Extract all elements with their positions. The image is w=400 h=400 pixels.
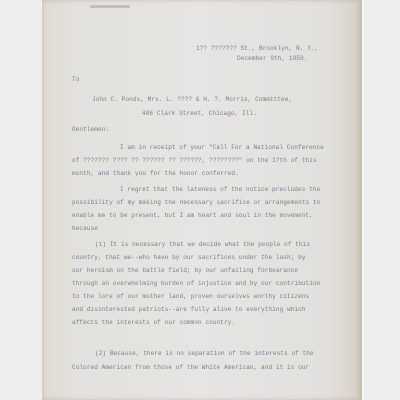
para3-line4: through an overwhelming burden of injust… xyxy=(72,280,320,287)
recipients-address: 406 Clark Street, Chicago, Ill. xyxy=(142,110,257,117)
sender-address: 1?? ??????? St., Brooklyn, N. Y., xyxy=(196,45,318,52)
para1-line2: of ??????? ???? ?? ?????? ?? ??????, ???… xyxy=(72,157,317,164)
para3-line1: (1) It is necessary that we decide what … xyxy=(95,241,310,248)
para3-line7: affects the interests of our common coun… xyxy=(72,319,235,326)
page-edge xyxy=(362,0,364,400)
letter-date: December 9th, 1959. xyxy=(237,55,307,62)
para3-line5: to the lore of our mother land, proven o… xyxy=(72,293,309,300)
para1-line3: month, and thank you for the honor confe… xyxy=(72,170,239,177)
para4-line2: Colored American from those of the White… xyxy=(72,364,309,371)
stain-mark xyxy=(90,5,130,8)
para1-line1: I am in receipt of your "Call For a Nati… xyxy=(120,144,324,151)
para3-line6: and disinterested patriots--are fully al… xyxy=(72,306,306,313)
recipients: John C. Ponds, Mrs. L. ???? & H. ?. Morr… xyxy=(92,96,292,103)
para3-line2: country, that we--who have by our sacrif… xyxy=(72,254,306,261)
to-label: To xyxy=(72,76,79,83)
para4-line1: (2) Because, there is no separation of t… xyxy=(95,350,314,357)
para2-line1: I regret that the lateness of the notice… xyxy=(120,186,320,193)
para2-line2: possibility of my making the necessary s… xyxy=(72,199,320,206)
para2-line3: enable me to be present, but I am heart … xyxy=(72,212,313,219)
para2-line4: because xyxy=(72,225,98,232)
salutation: Gentlemen: xyxy=(72,126,109,133)
para3-line3: our heroism on the battle field; by our … xyxy=(72,267,298,274)
